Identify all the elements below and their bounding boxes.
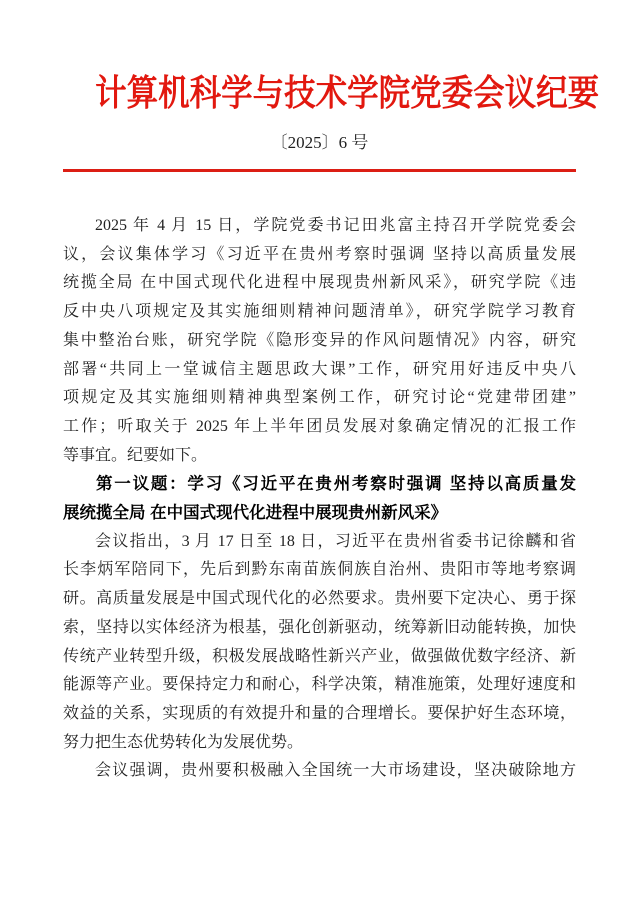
body-text-line: 统揽全局 在中国式现代化进程中展现贵州新风采》，研究学院《违 [63,269,576,298]
body-text-line: 会议指出，3 月 17 日至 18 日，习近平在贵州省委书记徐麟和省 [63,528,576,557]
heading-line: 第一议题：学习《习近平在贵州考察时强调 坚持以高质量发 [63,470,576,499]
document-number: 〔2025〕6 号 [63,133,576,153]
body-text-line: 传统产业转型升级，积极发展战略性新兴产业，做强做优数字经济、新 [63,643,576,672]
body-text-line: 2025 年 4 月 15 日，学院党委书记田兆富主持召开学院党委会 [63,212,576,241]
body-text-line: 议，会议集体学习《习近平在贵州考察时强调 坚持以高质量发展 [63,241,576,270]
document-title: 计算机科学与技术学院党委会议纪要 [95,72,544,114]
paragraph: 2025 年 4 月 15 日，学院党委书记田兆富主持召开学院党委会议，会议集体… [63,212,576,470]
body-text-line: 长李炳军陪同下，先后到黔东南苗族侗族自治州、贵阳市等地考察调 [63,556,576,585]
body-text-line: 部署“共同上一堂诚信主题思政大课”工作，研究用好违反中央八 [63,356,576,385]
document-body: 2025 年 4 月 15 日，学院党委书记田兆富主持召开学院党委会议，会议集体… [63,212,576,786]
body-text-line: 索，坚持以实体经济为根基，强化创新驱动，统筹新旧动能转换，加快 [63,614,576,643]
body-text-line: 工作；听取关于 2025 年上半年团员发展对象确定情况的汇报工作 [63,413,576,442]
body-text-line: 项规定及其实施细则精神典型案例工作，研究讨论“党建带团建” [63,384,576,413]
body-text-line: 效益的关系，实现质的有效提升和量的合理增长。要保护好生态环境， [63,700,576,729]
paragraph: 会议强调，贵州要积极融入全国统一大市场建设，坚决破除地方 [63,757,576,786]
body-text-line: 努力把生态优势转化为发展优势。 [63,729,576,758]
body-text-line: 反中央八项规定及其实施细则精神问题清单》，研究学院学习教育 [63,298,576,327]
paragraph: 会议指出，3 月 17 日至 18 日，习近平在贵州省委书记徐麟和省长李炳军陪同… [63,528,576,758]
section-heading: 第一议题：学习《习近平在贵州考察时强调 坚持以高质量发展统揽全局 在中国式现代化… [63,470,576,527]
body-text-line: 集中整治台账，研究学院《隐形变异的作风问题情况》内容，研究 [63,327,576,356]
body-text-line: 能源等产业。要保持定力和耐心，科学决策，精准施策，处理好速度和 [63,671,576,700]
heading-line: 展统揽全局 在中国式现代化进程中展现贵州新风采》 [63,499,576,528]
red-divider-line [63,169,576,172]
document-page: 计算机科学与技术学院党委会议纪要 〔2025〕6 号 2025 年 4 月 15… [0,0,639,905]
body-text-line: 等事宜。纪要如下。 [63,442,576,471]
body-text-line: 研。高质量发展是中国式现代化的必然要求。贵州要下定决心、勇于探 [63,585,576,614]
body-text-line: 会议强调，贵州要积极融入全国统一大市场建设，坚决破除地方 [63,757,576,786]
